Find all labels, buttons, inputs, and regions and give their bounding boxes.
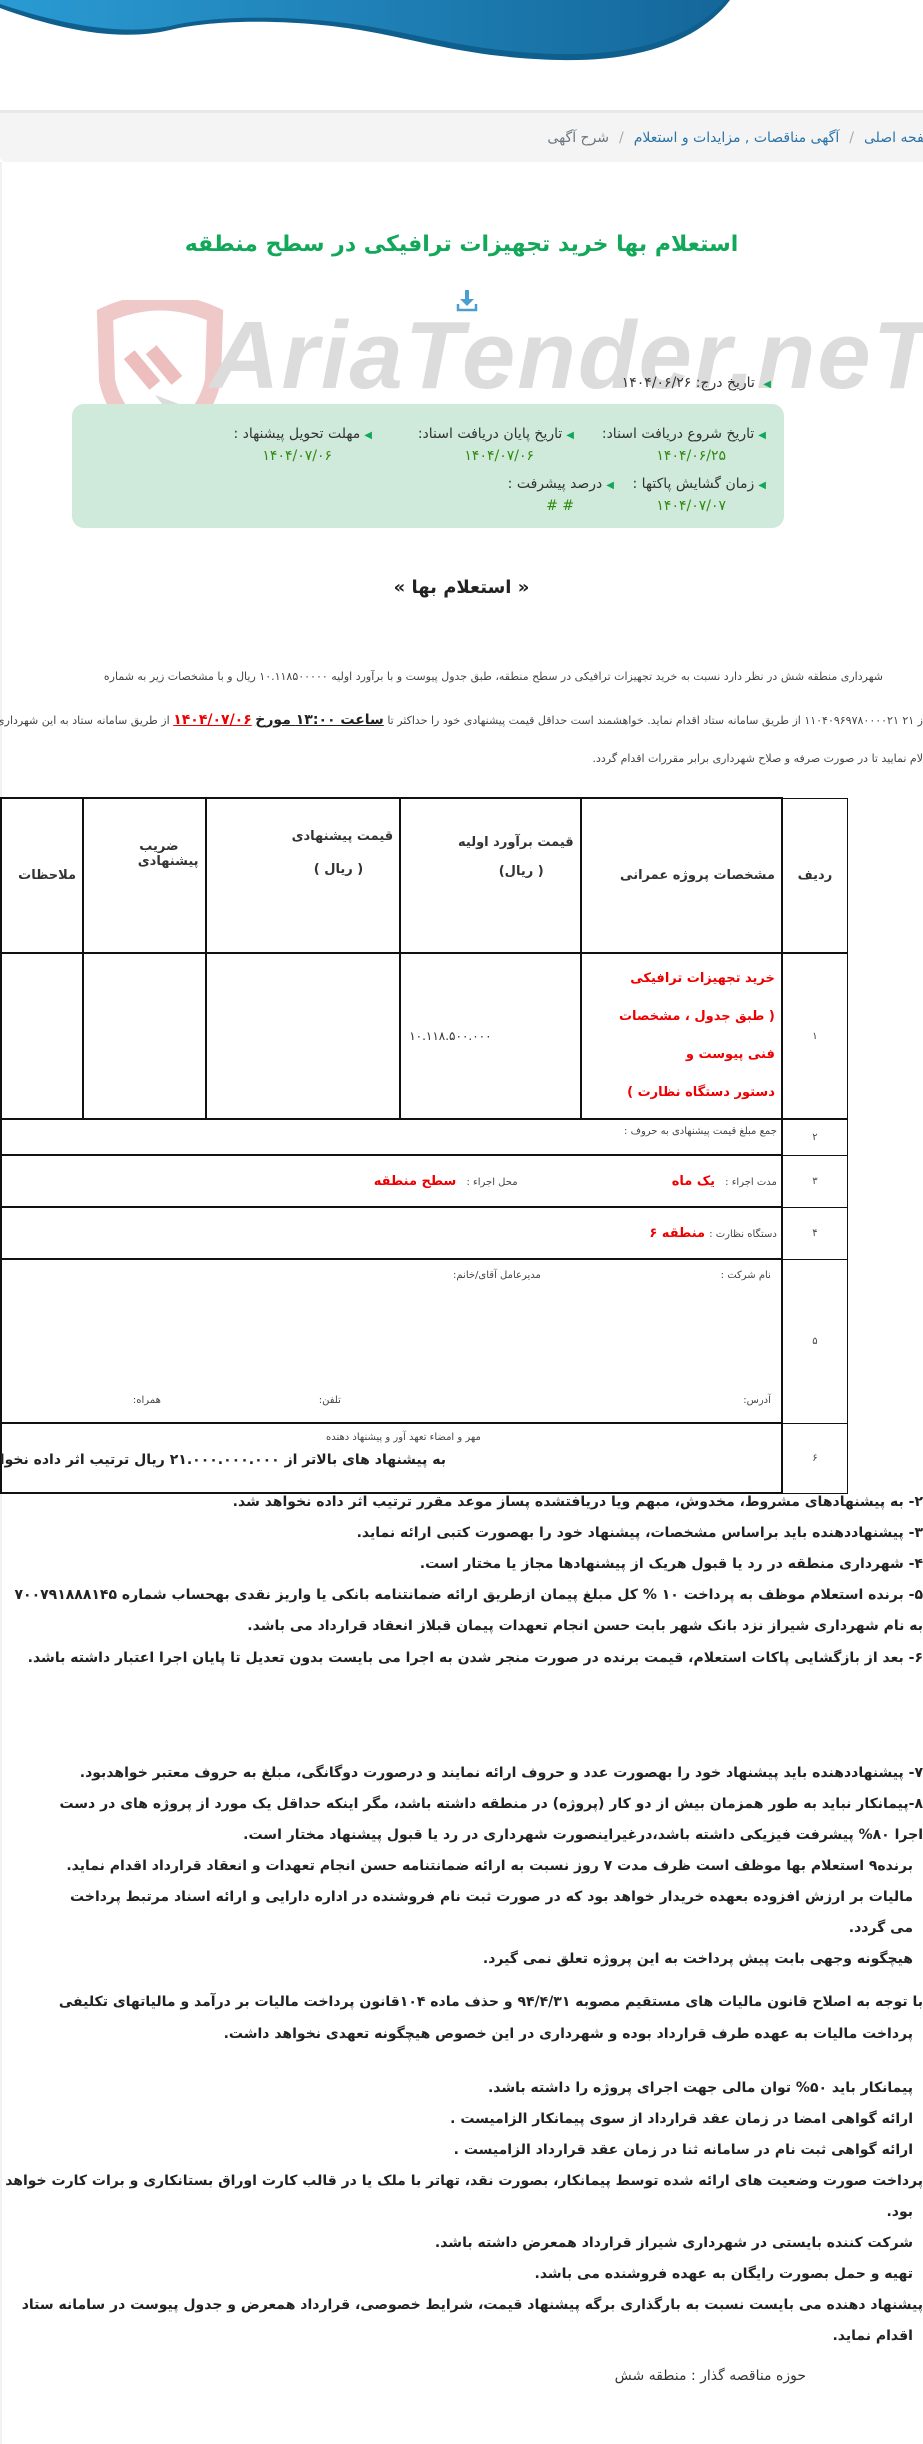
tender-authority: حوزه مناقصه گذار : منطقه شش — [615, 2368, 806, 2384]
condition-item: پرداخت صورت وضعیت های ارائه شده توسط پیم… — [5, 2173, 923, 2189]
condition-item: به نام شهرداری شیراز نزد بانک شهر بابت ح… — [247, 1618, 923, 1634]
col-remarks: ملاحظات — [1, 798, 83, 953]
condition-item: ۴- شهرداری منطقه در رد یا قبول هریک از پ… — [420, 1556, 923, 1572]
table-row: ۱ خرید تجهیزات ترافیکی ( طبق جدول ، مشخص… — [1, 953, 848, 1119]
table-header-row: ردیف مشخصات پروژه عمرانی قیمت برآورد اول… — [1, 798, 848, 953]
condition-item: ۶- بعد از بازگشایی پاکات استعلام، قیمت ب… — [28, 1650, 923, 1666]
col-project-spec: مشخصات پروژه عمرانی — [581, 798, 782, 953]
execution-duration: یک ماه — [672, 1174, 715, 1189]
condition-item: پرداخت مالیات به عهده طرف قرارداد بوده و… — [224, 2026, 913, 2042]
breadcrumb-tenders[interactable]: آگهی مناقصات , مزایدات و استعلام — [634, 130, 839, 146]
breadcrumb: صفحه اصلی / آگهی مناقصات , مزایدات و است… — [0, 110, 923, 162]
intro-line-1: شهرداری منطقه شش در نظر دارد نسبت به خری… — [0, 670, 923, 683]
condition-item: هیچگونه وجهی بابت پیش پرداخت به این پروژ… — [483, 1951, 913, 1967]
condition-item: شرکت کننده بایستی در شهرداری شیراز قرارد… — [435, 2235, 913, 2251]
project-description: خرید تجهیزات ترافیکی ( طبق جدول ، مشخصات… — [581, 953, 782, 1119]
triangle-bullet-icon: ◀ — [364, 430, 372, 441]
watermark-text: AriaTender.neT — [210, 308, 923, 404]
posted-date: ◀ تاریخ درج: ۱۴۰۴/۰۶/۲۶ — [622, 375, 771, 391]
deadline-time: ساعت ۱۳:۰۰ مورخ — [255, 712, 384, 728]
tender-dates-panel: ◀تاریخ شروع دریافت اسناد: ۱۴۰۴/۰۶/۲۵ ◀تا… — [72, 404, 784, 528]
intro-line-2: ز ۲۱ ۱۱۰۴۰۹۶۹۷۸۰۰۰۰۲۱ از طریق سامانه ستا… — [0, 712, 923, 728]
breadcrumb-home[interactable]: صفحه اصلی — [864, 130, 923, 146]
col-offered-price: قیمت پیشنهادی ( ریال ) — [206, 798, 401, 953]
condition-item: مالیات بر ارزش افزوده بعهده خریدار خواهد… — [70, 1889, 913, 1905]
supervisor: دستگاه نظارت : منطقه ۶ — [1, 1207, 782, 1259]
condition-item: بود. — [886, 2204, 913, 2220]
doc-start-date: ◀تاریخ شروع دریافت اسناد: ۱۴۰۴/۰۶/۲۵ — [602, 426, 766, 464]
table-row: ۳ مدت اجراء : یک ماه محل اجراء : سطح منط… — [1, 1155, 848, 1207]
table-row: ۲ جمع مبلغ قیمت پیشنهادی به حروف : — [1, 1119, 848, 1155]
execution-location: سطح منطقه — [374, 1174, 457, 1189]
triangle-bullet-icon: ◀ — [763, 379, 771, 390]
opening-date: ◀زمان گشایش پاکتها : ۱۴۰۴/۰۷/۰۷ — [632, 476, 766, 514]
condition-item: ۷- پیشنهاددهنده باید پیشنهاد خود را بهصو… — [80, 1765, 923, 1781]
page-title: استعلام بها خرید تجهیزات ترافیکی در سطح … — [0, 232, 923, 257]
condition-item: ۵- برنده استعلام موظف به پرداخت ۱۰ % کل … — [14, 1587, 923, 1603]
col-offered-coefficient: ضریب پیشنهادی — [83, 798, 205, 953]
offered-price-cell[interactable] — [206, 953, 401, 1119]
condition-item: با توجه به اصلاح قانون مالیات های مستقیم… — [59, 1994, 923, 2010]
condition-item: ۲- به پیشنهادهای مشروط، مخدوش، مبهم ویا … — [233, 1494, 923, 1510]
posted-date-label: تاریخ درج: — [696, 375, 755, 391]
breadcrumb-separator: / — [849, 130, 854, 146]
condition-item: به پیشنهاد های بالاتر از ۲۱.۰۰۰.۰۰۰.۰۰۰ … — [0, 1452, 446, 1468]
table-row: ۵ نام شرکت : مدیرعامل آقای/خانم: آدرس: ت… — [1, 1259, 848, 1423]
progress-percent: ◀درصد پیشرفت : # # — [508, 476, 614, 514]
breadcrumb-separator: / — [619, 130, 624, 146]
triangle-bullet-icon: ◀ — [758, 480, 766, 491]
triangle-bullet-icon: ◀ — [606, 480, 614, 491]
condition-item: تهیه و حمل بصورت رایگان به عهده فروشنده … — [535, 2266, 914, 2282]
table-row: ۴ دستگاه نظارت : منطقه ۶ — [1, 1207, 848, 1259]
supervisor-value: منطقه ۶ — [649, 1226, 705, 1241]
initial-estimate-value: ۱۰.۱۱۸.۵۰۰.۰۰۰ — [400, 953, 580, 1119]
bid-deadline: ◀مهلت تحویل پیشنهاد : ۱۴۰۴/۰۷/۰۶ — [233, 426, 372, 464]
triangle-bullet-icon: ◀ — [566, 430, 574, 441]
condition-item: ارائه گواهی ثبت نام در سامانه ثنا در زما… — [454, 2142, 913, 2158]
execution-details: مدت اجراء : یک ماه محل اجراء : سطح منطقه — [1, 1155, 782, 1207]
condition-item: پیمانکار باید ۵۰% توان مالی جهت اجرای پر… — [488, 2080, 913, 2096]
condition-item: می گردد. — [849, 1920, 913, 1936]
col-initial-estimate: قیمت برآورد اولیه ( ریال) — [400, 798, 580, 953]
header-wave-banner — [0, 0, 923, 80]
condition-item: اقدام نماید. — [832, 2328, 913, 2344]
condition-item: پیشنهاد دهنده می بایست نسبت به بارگذاری … — [22, 2297, 923, 2313]
col-row-number: ردیف — [782, 798, 848, 953]
breadcrumb-current: شرح آگهی — [547, 130, 609, 146]
triangle-bullet-icon: ◀ — [758, 430, 766, 441]
remarks-cell[interactable] — [1, 953, 83, 1119]
posted-date-value: ۱۴۰۴/۰۶/۲۶ — [622, 375, 692, 391]
offered-coefficient-cell[interactable] — [83, 953, 205, 1119]
bid-form-table: ردیف مشخصات پروژه عمرانی قیمت برآورد اول… — [0, 797, 848, 1494]
deadline-date: ۱۴۰۴/۰۷/۰۶ — [173, 712, 252, 728]
doc-end-date: ◀تاریخ پایان دریافت اسناد: ۱۴۰۴/۰۷/۰۶ — [418, 426, 574, 464]
condition-item: ارائه گواهی امضا در زمان عقد قرارداد از … — [450, 2111, 913, 2127]
intro-line-3: لام نمایید تا در صورت صرفه و صلاح شهردار… — [0, 752, 923, 765]
condition-item: ۸-پیمانکار نباید به طور همزمان بیش از دو… — [59, 1796, 923, 1812]
condition-item: برنده۹ استعلام بها موظف است ظرف مدت ۷ رو… — [66, 1858, 913, 1874]
section-heading: « استعلام بها » — [0, 577, 923, 598]
condition-item: ۳- پیشنهاددهنده باید براساس مشخصات، پیشن… — [357, 1525, 923, 1541]
total-in-words: جمع مبلغ قیمت پیشنهادی به حروف : — [1, 1119, 782, 1155]
company-info: نام شرکت : مدیرعامل آقای/خانم: آدرس: تلف… — [1, 1259, 782, 1423]
condition-item: اجرا ۸۰% پیشرفت فیزیکی داشته باشد،درغیرا… — [243, 1827, 923, 1843]
